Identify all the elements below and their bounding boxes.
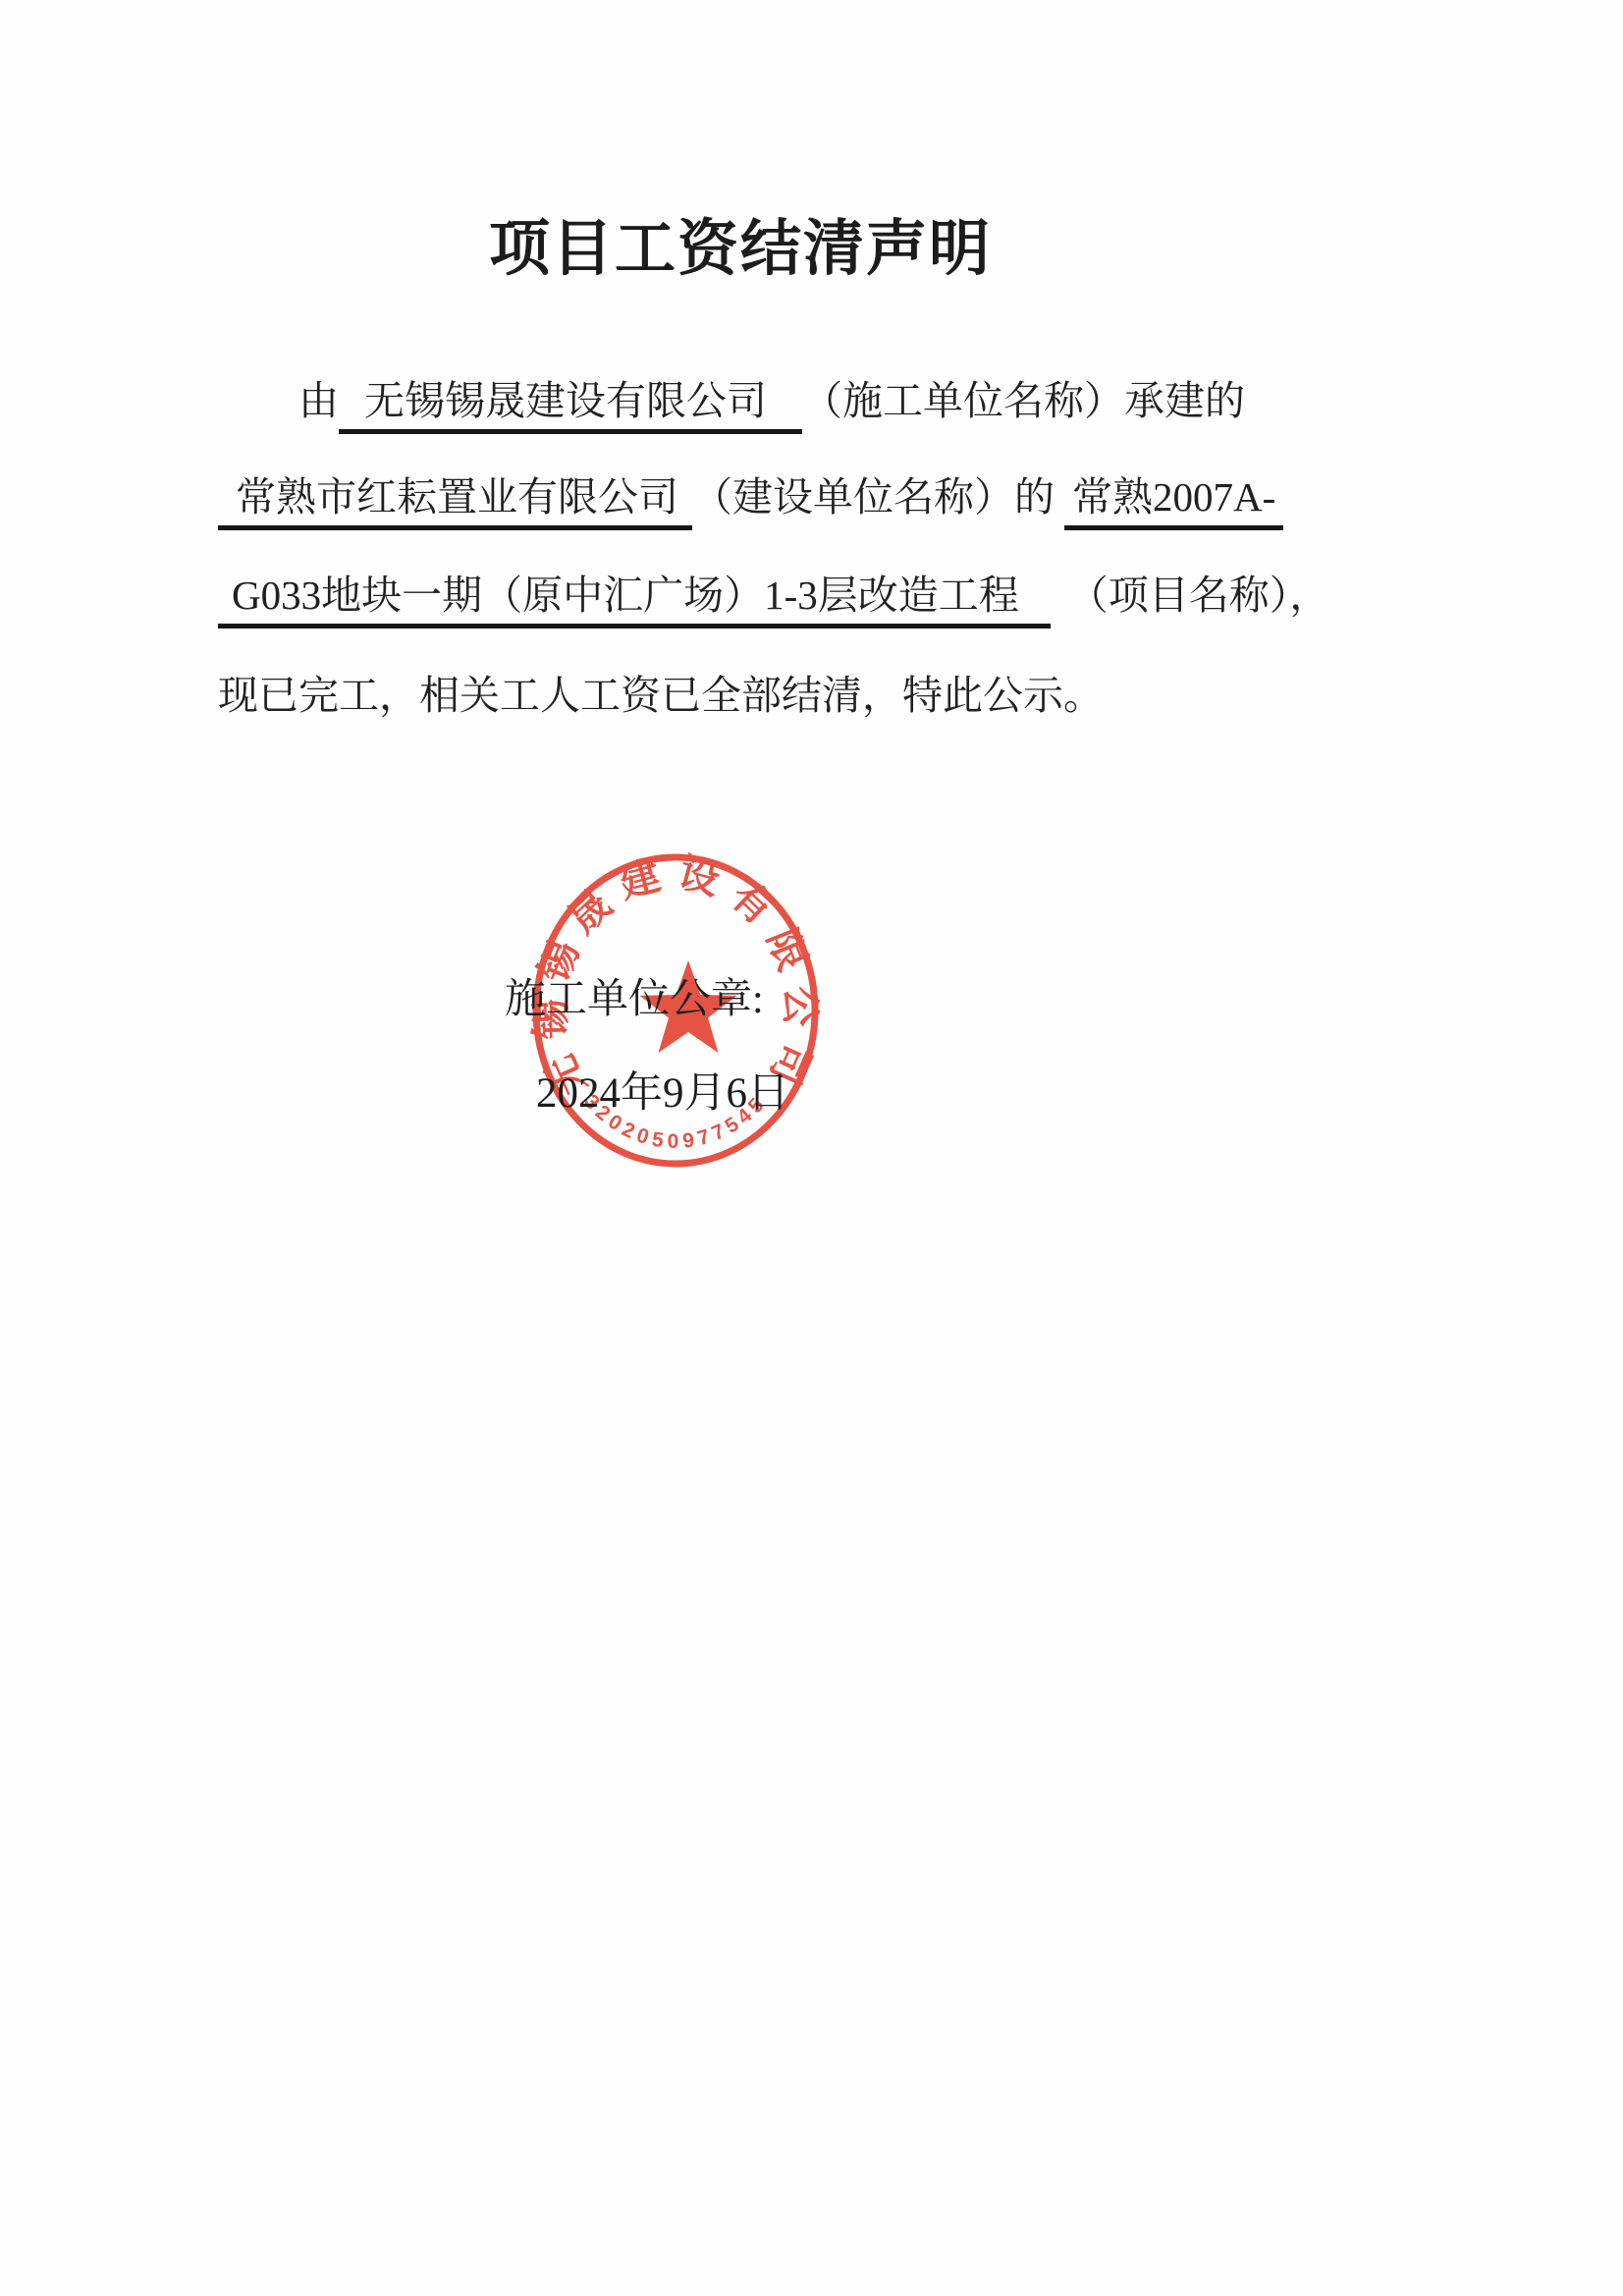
project-name-part2-underlined: G033地块一期（原中汇广场）1-3层改造工程 (218, 570, 1051, 629)
document-page: 项目工资结清声明 由无锡锡晟建设有限公司（施工单位名称）承建的 常熟市红耘置业有… (0, 0, 1623, 2296)
line3-suffix: （项目名称）， (1068, 573, 1330, 618)
signature-date: 2024年9月6日 (536, 1060, 789, 1120)
paragraph-line-2: 常熟市红耘置业有限公司（建设单位名称）的常熟2007A- (218, 471, 1283, 530)
line1-prefix: 由 (298, 378, 339, 423)
document-title: 项目工资结清声明 (0, 199, 1481, 287)
construction-company-name-underlined: 无锡锡晟建设有限公司 (339, 375, 802, 434)
seal-caption: 施工单位公章: (505, 966, 764, 1025)
developer-company-name-underlined: 常熟市红耘置业有限公司 (218, 471, 692, 530)
paragraph-line-4: 现已完工，相关工人工资已全部结清，特此公示。 (218, 670, 1104, 721)
paragraph-line-1: 由无锡锡晟建设有限公司（施工单位名称）承建的 (218, 375, 1245, 434)
paragraph-line-3: G033地块一期（原中汇广场）1-3层改造工程（项目名称）， (218, 570, 1329, 629)
project-name-part1-underlined: 常熟2007A- (1064, 471, 1283, 530)
line2-middle: （建设单位名称）的 (692, 474, 1055, 519)
line1-suffix: （施工单位名称）承建的 (802, 378, 1245, 423)
